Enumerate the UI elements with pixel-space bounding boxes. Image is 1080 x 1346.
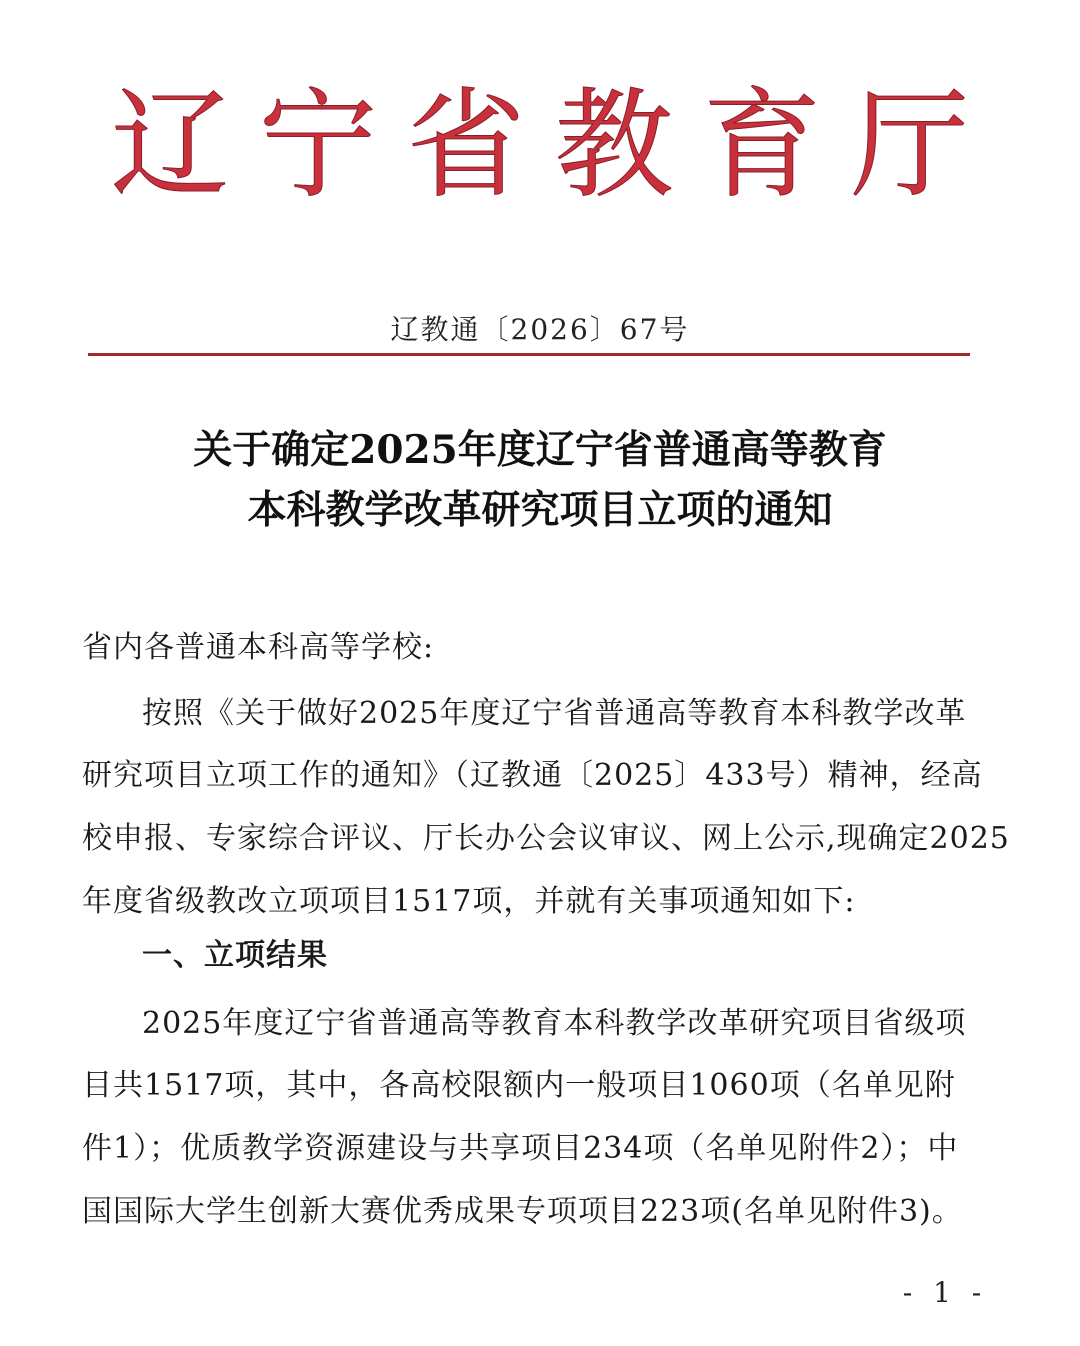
masthead-char: 省: [396, 80, 536, 210]
document-number: 辽教通〔2026〕67号: [0, 308, 1080, 348]
paragraph-1-line-3: 校申报、专家综合评议、厅长办公会议审议、网上公示,现确定2025: [82, 813, 982, 857]
paragraph-1-line-2: 研究项目立项工作的通知》（辽教通〔2025〕433号）精神，经高: [82, 750, 982, 794]
paragraph-2-line-2: 目共1517项，其中，各高校限额内一般项目1060项（名单见附: [82, 1060, 982, 1104]
masthead-char: 辽: [100, 80, 240, 210]
masthead-char: 育: [692, 80, 832, 210]
red-divider-line: [88, 353, 970, 356]
masthead-char: 宁: [248, 80, 388, 210]
title-line-1: 关于确定2025年度辽宁省普通高等教育: [0, 420, 1080, 480]
paragraph-2-line-1: 2025年度辽宁省普通高等教育本科教学改革研究项目省级项: [142, 998, 1042, 1042]
document-title: 关于确定2025年度辽宁省普通高等教育 本科教学改革研究项目立项的通知: [0, 420, 1080, 540]
section-heading-1: 一、立项结果: [142, 930, 1042, 974]
page-number: - 1 -: [900, 1276, 990, 1309]
masthead-char: 教: [544, 80, 684, 210]
paragraph-1-line-4: 年度省级教改立项项目1517项，并就有关事项通知如下:: [82, 876, 982, 920]
paragraph-2-line-3: 件1）；优质教学资源建设与共享项目234项（名单见附件2）；中: [82, 1123, 982, 1167]
paragraph-2-line-4: 国国际大学生创新大赛优秀成果专项项目223项(名单见附件3)。: [82, 1186, 982, 1230]
title-line-2: 本科教学改革研究项目立项的通知: [0, 480, 1080, 540]
masthead-char: 厅: [840, 80, 980, 210]
paragraph-1-line-1: 按照《关于做好2025年度辽宁省普通高等教育本科教学改革: [142, 688, 1042, 732]
addressee: 省内各普通本科高等学校:: [82, 622, 982, 666]
issuing-authority-masthead: 辽 宁 省 教 育 厅: [100, 80, 980, 210]
